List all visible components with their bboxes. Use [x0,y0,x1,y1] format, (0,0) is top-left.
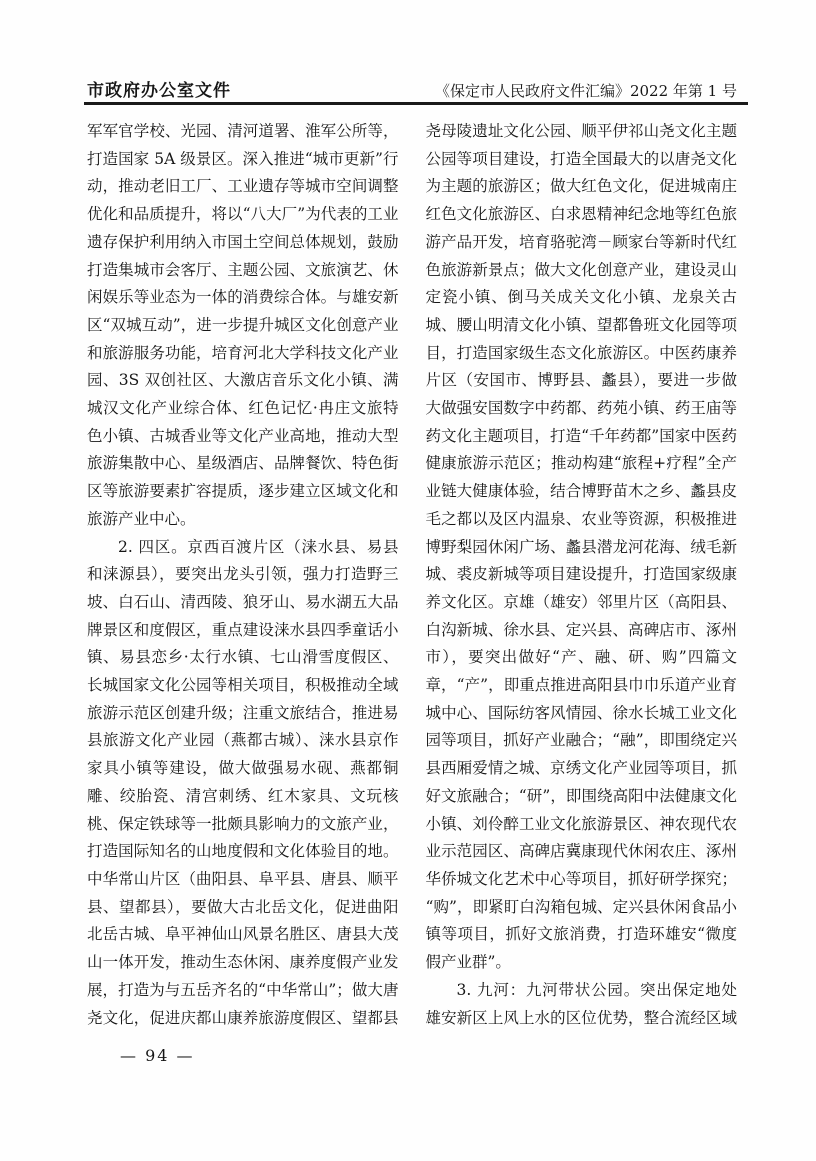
page-number: — 94 — [120,1046,195,1065]
header-doc-category: 市政府办公室文件 [87,76,231,101]
paragraph-continuation: 军军官学校、光园、清河道署、淮军公所等，打造国家 5A 级景区。深入推进“城市更… [87,118,399,534]
header-publication-info: 《保定市人民政府文件汇编》2022 年第 1 号 [435,80,737,101]
document-page: 市政府办公室文件 《保定市人民政府文件汇编》2022 年第 1 号 军军官学校、… [0,0,816,1161]
document-body: 军军官学校、光园、清河道署、淮军公所等，打造国家 5A 级景区。深入推进“城市更… [87,118,737,1040]
header-divider-rule [84,102,748,105]
page-header: 市政府办公室文件 《保定市人民政府文件汇编》2022 年第 1 号 [87,76,737,101]
